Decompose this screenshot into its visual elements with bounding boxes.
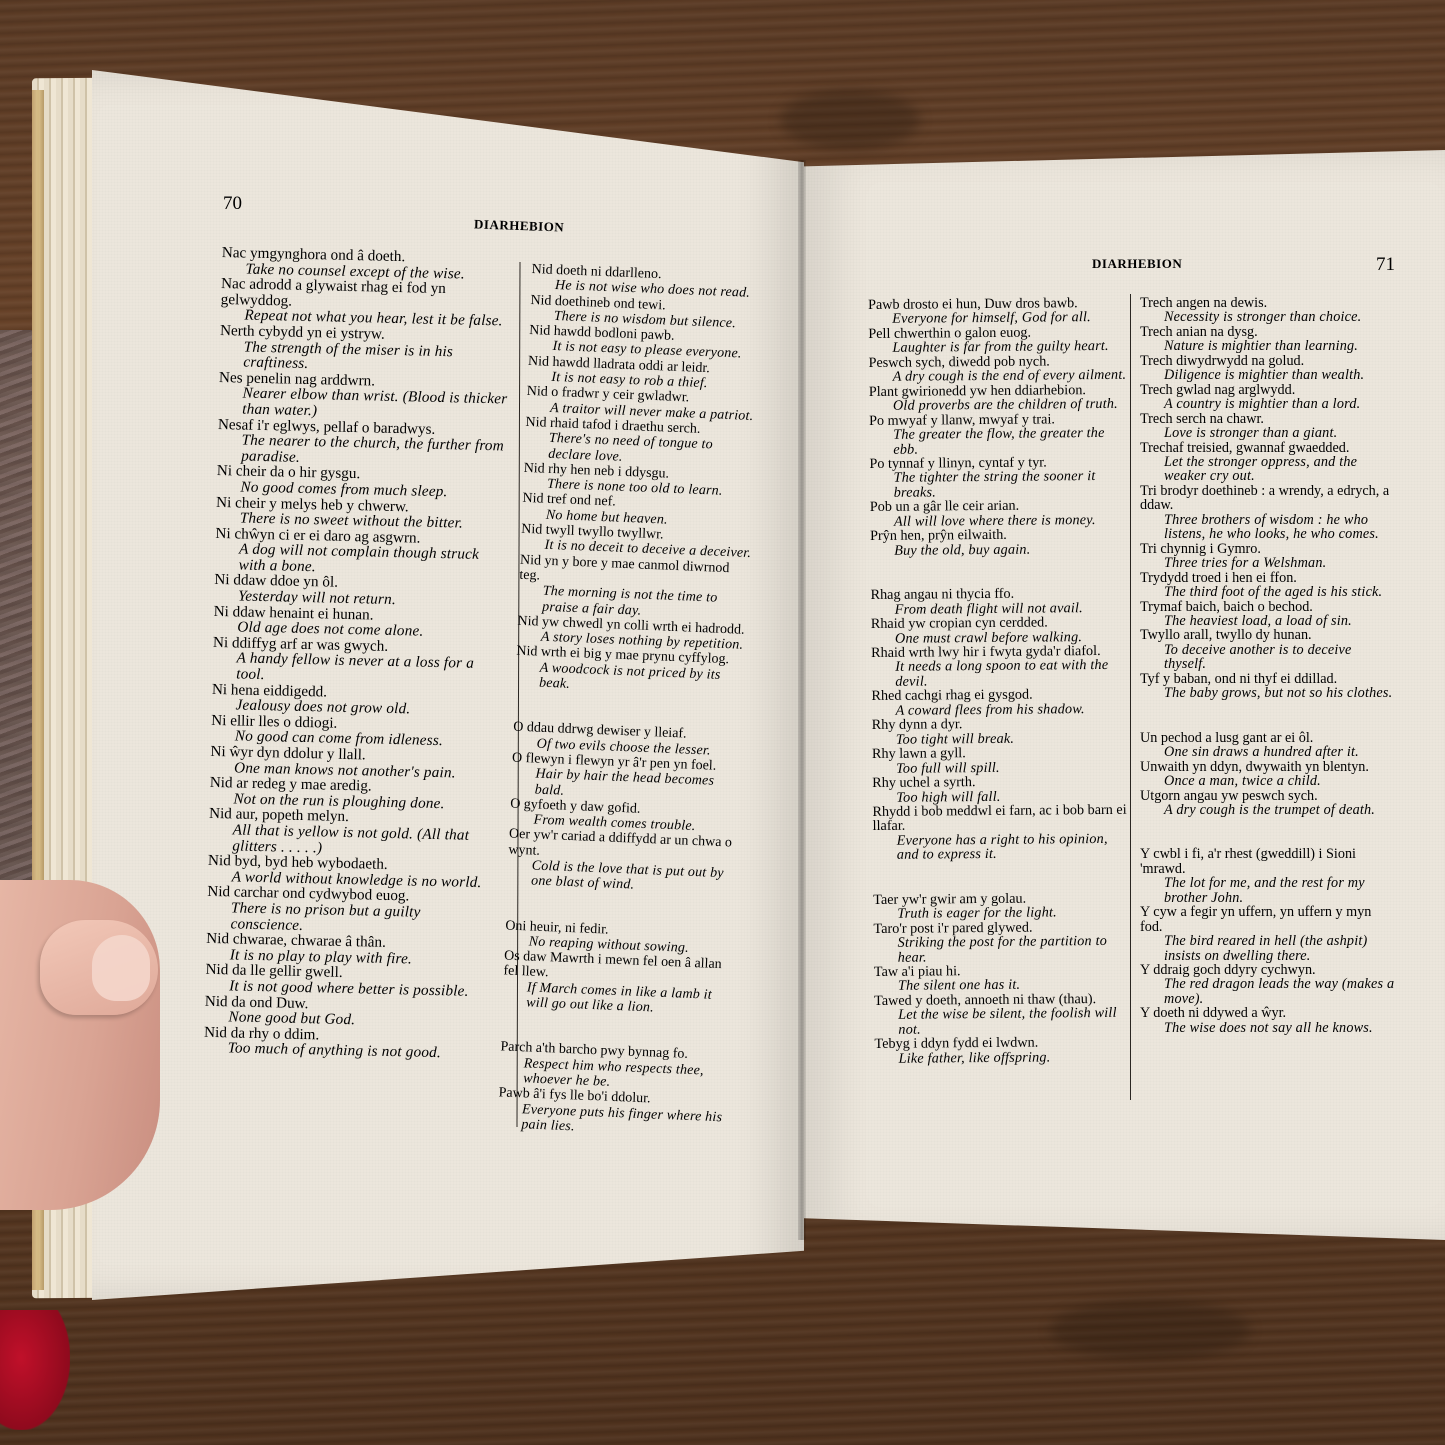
proverb-entry: Po mwyaf y llanw, mwyaf y trai.The great… xyxy=(869,411,1127,457)
english-translation: Striking the post for the partition to h… xyxy=(874,934,1132,965)
english-translation: The greater the flow, the greater the eb… xyxy=(869,426,1127,457)
proverb-entry: Unwaith yn ddyn, dwywaith yn blentyn.Onc… xyxy=(1140,760,1396,789)
proverb-entry: Pob un a gâr lle ceir arian.All will lov… xyxy=(870,498,1128,529)
proverb-entry: Nid yn y bore y mae canmol diwrnod teg.T… xyxy=(518,552,752,622)
welsh-proverb: Utgorn angau yw peswch sych. xyxy=(1140,789,1396,803)
red-tassel xyxy=(0,1310,70,1430)
english-translation: The red dragon leads the way (makes a mo… xyxy=(1140,977,1396,1006)
section-gap xyxy=(873,860,1131,892)
proverb-entry: Un pechod a lusg gant ar ei ôl.One sin d… xyxy=(1140,731,1396,760)
proverb-entry: Trymaf baich, baich o bechod.The heavies… xyxy=(1140,600,1396,629)
welsh-proverb: Trymaf baich, baich o bechod. xyxy=(1140,600,1396,614)
proverb-entry: Trech angen na dewis.Necessity is strong… xyxy=(1140,296,1396,325)
english-translation: Three brothers of wisdom : he who listen… xyxy=(1140,513,1396,542)
english-translation: The baby grows, but not so his clothes. xyxy=(1140,686,1396,700)
english-translation: Let the stronger oppress, and the weaker… xyxy=(1140,455,1396,484)
proverb-entry: Ni chŵyn ci er ei daro ag asgwrn.A dog w… xyxy=(215,526,506,579)
english-translation: Three tries for a Welshman. xyxy=(1140,556,1396,570)
left-page-column-1: Nac ymgynghora ond â doeth.Take no couns… xyxy=(204,245,512,1062)
proverb-entry: Twyllo arall, twyllo dy hunan.To deceive… xyxy=(1140,628,1396,671)
proverb-entry: Trech diwydrwydd na golud.Diligence is m… xyxy=(1140,354,1396,383)
welsh-proverb: Trech gwlad nag arglwydd. xyxy=(1140,383,1396,397)
proverb-entry: Rhaid yw cropian cyn cerdded.One must cr… xyxy=(871,615,1129,646)
column-rule-right xyxy=(1130,294,1131,1100)
english-translation: The heaviest load, a load of sin. xyxy=(1140,614,1396,628)
book-gutter xyxy=(798,160,806,1240)
english-translation: Like father, like offspring. xyxy=(875,1049,1133,1066)
section-gap xyxy=(1140,817,1396,847)
proverb-entry: Rhy dynn a dyr.Too tight will break. xyxy=(872,716,1130,747)
welsh-proverb: Trech diwydrwydd na golud. xyxy=(1140,354,1396,368)
english-translation: The bird reared in hell (the ashpit) ins… xyxy=(1140,934,1396,963)
proverb-entry: Rhydd i bob meddwl ei farn, ac i bob bar… xyxy=(872,803,1130,863)
proverb-entry: Trech anian na dysg.Nature is mightier t… xyxy=(1140,325,1396,354)
proverb-entry: Rhag angau ni thycia ffo.From death flig… xyxy=(871,586,1129,617)
proverb-entry: Trechaf treisied, gwannaf gwaedded.Let t… xyxy=(1140,441,1396,484)
proverb-entry: Ni ddiffyg arf ar was gwych.A handy fell… xyxy=(212,635,503,688)
english-translation: A country is mightier than a lord. xyxy=(1140,397,1396,411)
proverb-entry: Tri chynnig i Gymro.Three tries for a We… xyxy=(1140,542,1396,571)
english-translation: Love is stronger than a giant. xyxy=(1140,426,1396,440)
welsh-proverb: Un pechod a lusg gant ar ei ôl. xyxy=(1140,731,1396,745)
wood-knot xyxy=(1050,1300,1250,1360)
proverb-entry: Pell chwerthin o galon euog.Laughter is … xyxy=(868,325,1126,356)
english-translation: Diligence is mightier than wealth. xyxy=(1140,368,1396,382)
welsh-proverb: Tri brodyr doethineb : a wrendy, a edryc… xyxy=(1140,484,1396,513)
proverb-entry: Y cwbl i fi, a'r rhest (gweddill) i Sion… xyxy=(1140,847,1396,905)
proverb-entry: Tri brodyr doethineb : a wrendy, a edryc… xyxy=(1140,484,1396,542)
welsh-proverb: Rhydd i bob meddwl ei farn, ac i bob bar… xyxy=(872,803,1130,834)
english-translation: Nature is mightier than learning. xyxy=(1140,339,1396,353)
proverb-entry: Rhaid wrth lwy hir i fwyta gyda'r diafol… xyxy=(871,644,1129,690)
proverb-entry: Taro'r post i'r pared glywed.Striking th… xyxy=(873,919,1131,965)
welsh-proverb: Trech serch na chawr. xyxy=(1140,412,1396,426)
proverb-entry: Tawed y doeth, annoeth ni thaw (thau).Le… xyxy=(874,992,1132,1038)
left-page-column-2: Nid doeth ni ddarlleno.He is not wise wh… xyxy=(497,262,764,1141)
welsh-proverb: Trech angen na dewis. xyxy=(1140,296,1396,310)
welsh-proverb: Y cyw a fegir yn uffern, yn uffern y myn… xyxy=(1140,905,1396,934)
proverb-entry: Nid aur, popeth melyn.All that is yellow… xyxy=(208,806,499,859)
english-translation: It needs a long spoon to eat with the de… xyxy=(871,658,1129,689)
english-translation: One sin draws a hundred after it. xyxy=(1140,745,1396,759)
proverb-entry: Tebyg i ddyn fydd ei lwdwn.Like father, … xyxy=(874,1035,1132,1066)
proverb-entry: Prŷn hen, prŷn eilwaith.Buy the old, buy… xyxy=(870,527,1128,558)
english-translation: A dry cough is the trumpet of death. xyxy=(1140,803,1396,817)
proverb-entry: Y ddraig goch ddyry cychwyn.The red drag… xyxy=(1140,963,1396,1006)
proverb-entry: Pawb â'i fys lle bo'i ddolur.Everyone pu… xyxy=(497,1086,731,1141)
welsh-proverb: Trydydd troed i hen ei ffon. xyxy=(1140,571,1396,585)
welsh-proverb: Tyf y baban, ond ni thyf ei ddillad. xyxy=(1140,672,1396,686)
english-translation: Necessity is stronger than choice. xyxy=(1140,310,1396,324)
proverb-entry: Pawb drosto ei hun, Duw dros bawb.Everyo… xyxy=(868,296,1126,327)
proverb-entry: Oer yw'r cariad a ddiffydd ar un chwa o … xyxy=(507,827,741,897)
welsh-proverb: Tri chynnig i Gymro. xyxy=(1140,542,1396,556)
proverb-entry: Tyf y baban, ond ni thyf ei ddillad.The … xyxy=(1140,672,1396,701)
section-gap xyxy=(870,556,1128,588)
proverb-entry: Nes penelin nag arddwrn.Nearer elbow tha… xyxy=(218,370,509,423)
proverb-entry: Y cyw a fegir yn uffern, yn uffern y myn… xyxy=(1140,905,1396,963)
proverb-entry: Y doeth ni ddywed a ŵyr.The wise does no… xyxy=(1140,1006,1396,1035)
proverb-entry: Trydydd troed i hen ei ffon.The third fo… xyxy=(1140,571,1396,600)
proverb-entry: Taw a'i piau hi.The silent one has it. xyxy=(874,963,1132,994)
proverb-entry: Taer yw'r gwir am y golau.Truth is eager… xyxy=(873,890,1131,921)
proverb-entry: Nerth cybydd yn ei ystryw.The strength o… xyxy=(219,323,510,376)
english-translation: The third foot of the aged is his stick. xyxy=(1140,585,1396,599)
welsh-proverb: Trech anian na dysg. xyxy=(1140,325,1396,339)
proverb-entry: Trech gwlad nag arglwydd.A country is mi… xyxy=(1140,383,1396,412)
proverb-entry: Peswch sych, diwedd pob nych.A dry cough… xyxy=(869,354,1127,385)
section-gap xyxy=(1140,701,1396,731)
proverb-entry: Rhy uchel a syrth.Too high will fall. xyxy=(872,774,1130,805)
proverb-entry: Os daw Mawrth i mewn fel oen â allan fel… xyxy=(502,949,736,1019)
english-translation: Everyone has a right to his opinion, and… xyxy=(873,832,1131,863)
running-head-right: DIARHEBION xyxy=(1092,256,1182,272)
proverb-entry: Rhed cachgi rhag ei gysgod.A coward flee… xyxy=(871,687,1129,718)
right-page-column-1: Pawb drosto ei hun, Duw dros bawb.Everyo… xyxy=(868,296,1133,1066)
english-translation: To deceive another is to deceive thyself… xyxy=(1140,643,1396,672)
proverb-entry: Plant gwirionedd yw hen ddiarhebion.Old … xyxy=(869,382,1127,413)
proverb-entry: Utgorn angau yw peswch sych.A dry cough … xyxy=(1140,789,1396,818)
english-translation: Once a man, twice a child. xyxy=(1140,774,1396,788)
welsh-proverb: Y doeth ni ddywed a ŵyr. xyxy=(1140,1006,1396,1020)
english-translation: The lot for me, and the rest for my brot… xyxy=(1140,876,1396,905)
proverb-entry: Nesaf i'r eglwys, pellaf o baradwys.The … xyxy=(217,416,508,469)
welsh-proverb: Y ddraig goch ddyry cychwyn. xyxy=(1140,963,1396,977)
english-translation: Let the wise be silent, the foolish will… xyxy=(874,1006,1132,1037)
thumbnail-nail xyxy=(92,935,150,1001)
english-translation: The tighter the string the sooner it bre… xyxy=(870,469,1128,500)
proverb-entry: Trech serch na chawr.Love is stronger th… xyxy=(1140,412,1396,441)
proverb-entry: Po tynnaf y llinyn, cyntaf y tyr.The tig… xyxy=(869,455,1127,501)
english-translation: The wise does not say all he knows. xyxy=(1140,1021,1396,1035)
proverb-entry: Nid carchar ond cydwybod euog.There is n… xyxy=(206,884,497,937)
wood-knot xyxy=(780,90,920,150)
welsh-proverb: Y cwbl i fi, a'r rhest (gweddill) i Sion… xyxy=(1140,847,1396,876)
proverb-entry: Nid wrth ei big y mae prynu cyffylog.A w… xyxy=(515,644,749,699)
proverb-entry: Nid da rhy o ddim.Too much of anything i… xyxy=(204,1024,495,1062)
welsh-proverb: Twyllo arall, twyllo dy hunan. xyxy=(1140,628,1396,642)
proverb-entry: Nac adrodd a glywaist rhag ei fod yn gel… xyxy=(220,276,511,329)
welsh-proverb: Trechaf treisied, gwannaf gwaedded. xyxy=(1140,441,1396,455)
proverb-entry: Rhy lawn a gyll.Too full will spill. xyxy=(872,745,1130,776)
running-head-left: DIARHEBION xyxy=(474,216,565,235)
right-page-column-2: Trech angen na dewis.Necessity is strong… xyxy=(1140,296,1396,1035)
page-number-left: 70 xyxy=(223,193,242,215)
page-number-right: 71 xyxy=(1376,254,1395,276)
welsh-proverb: Unwaith yn ddyn, dwywaith yn blentyn. xyxy=(1140,760,1396,774)
